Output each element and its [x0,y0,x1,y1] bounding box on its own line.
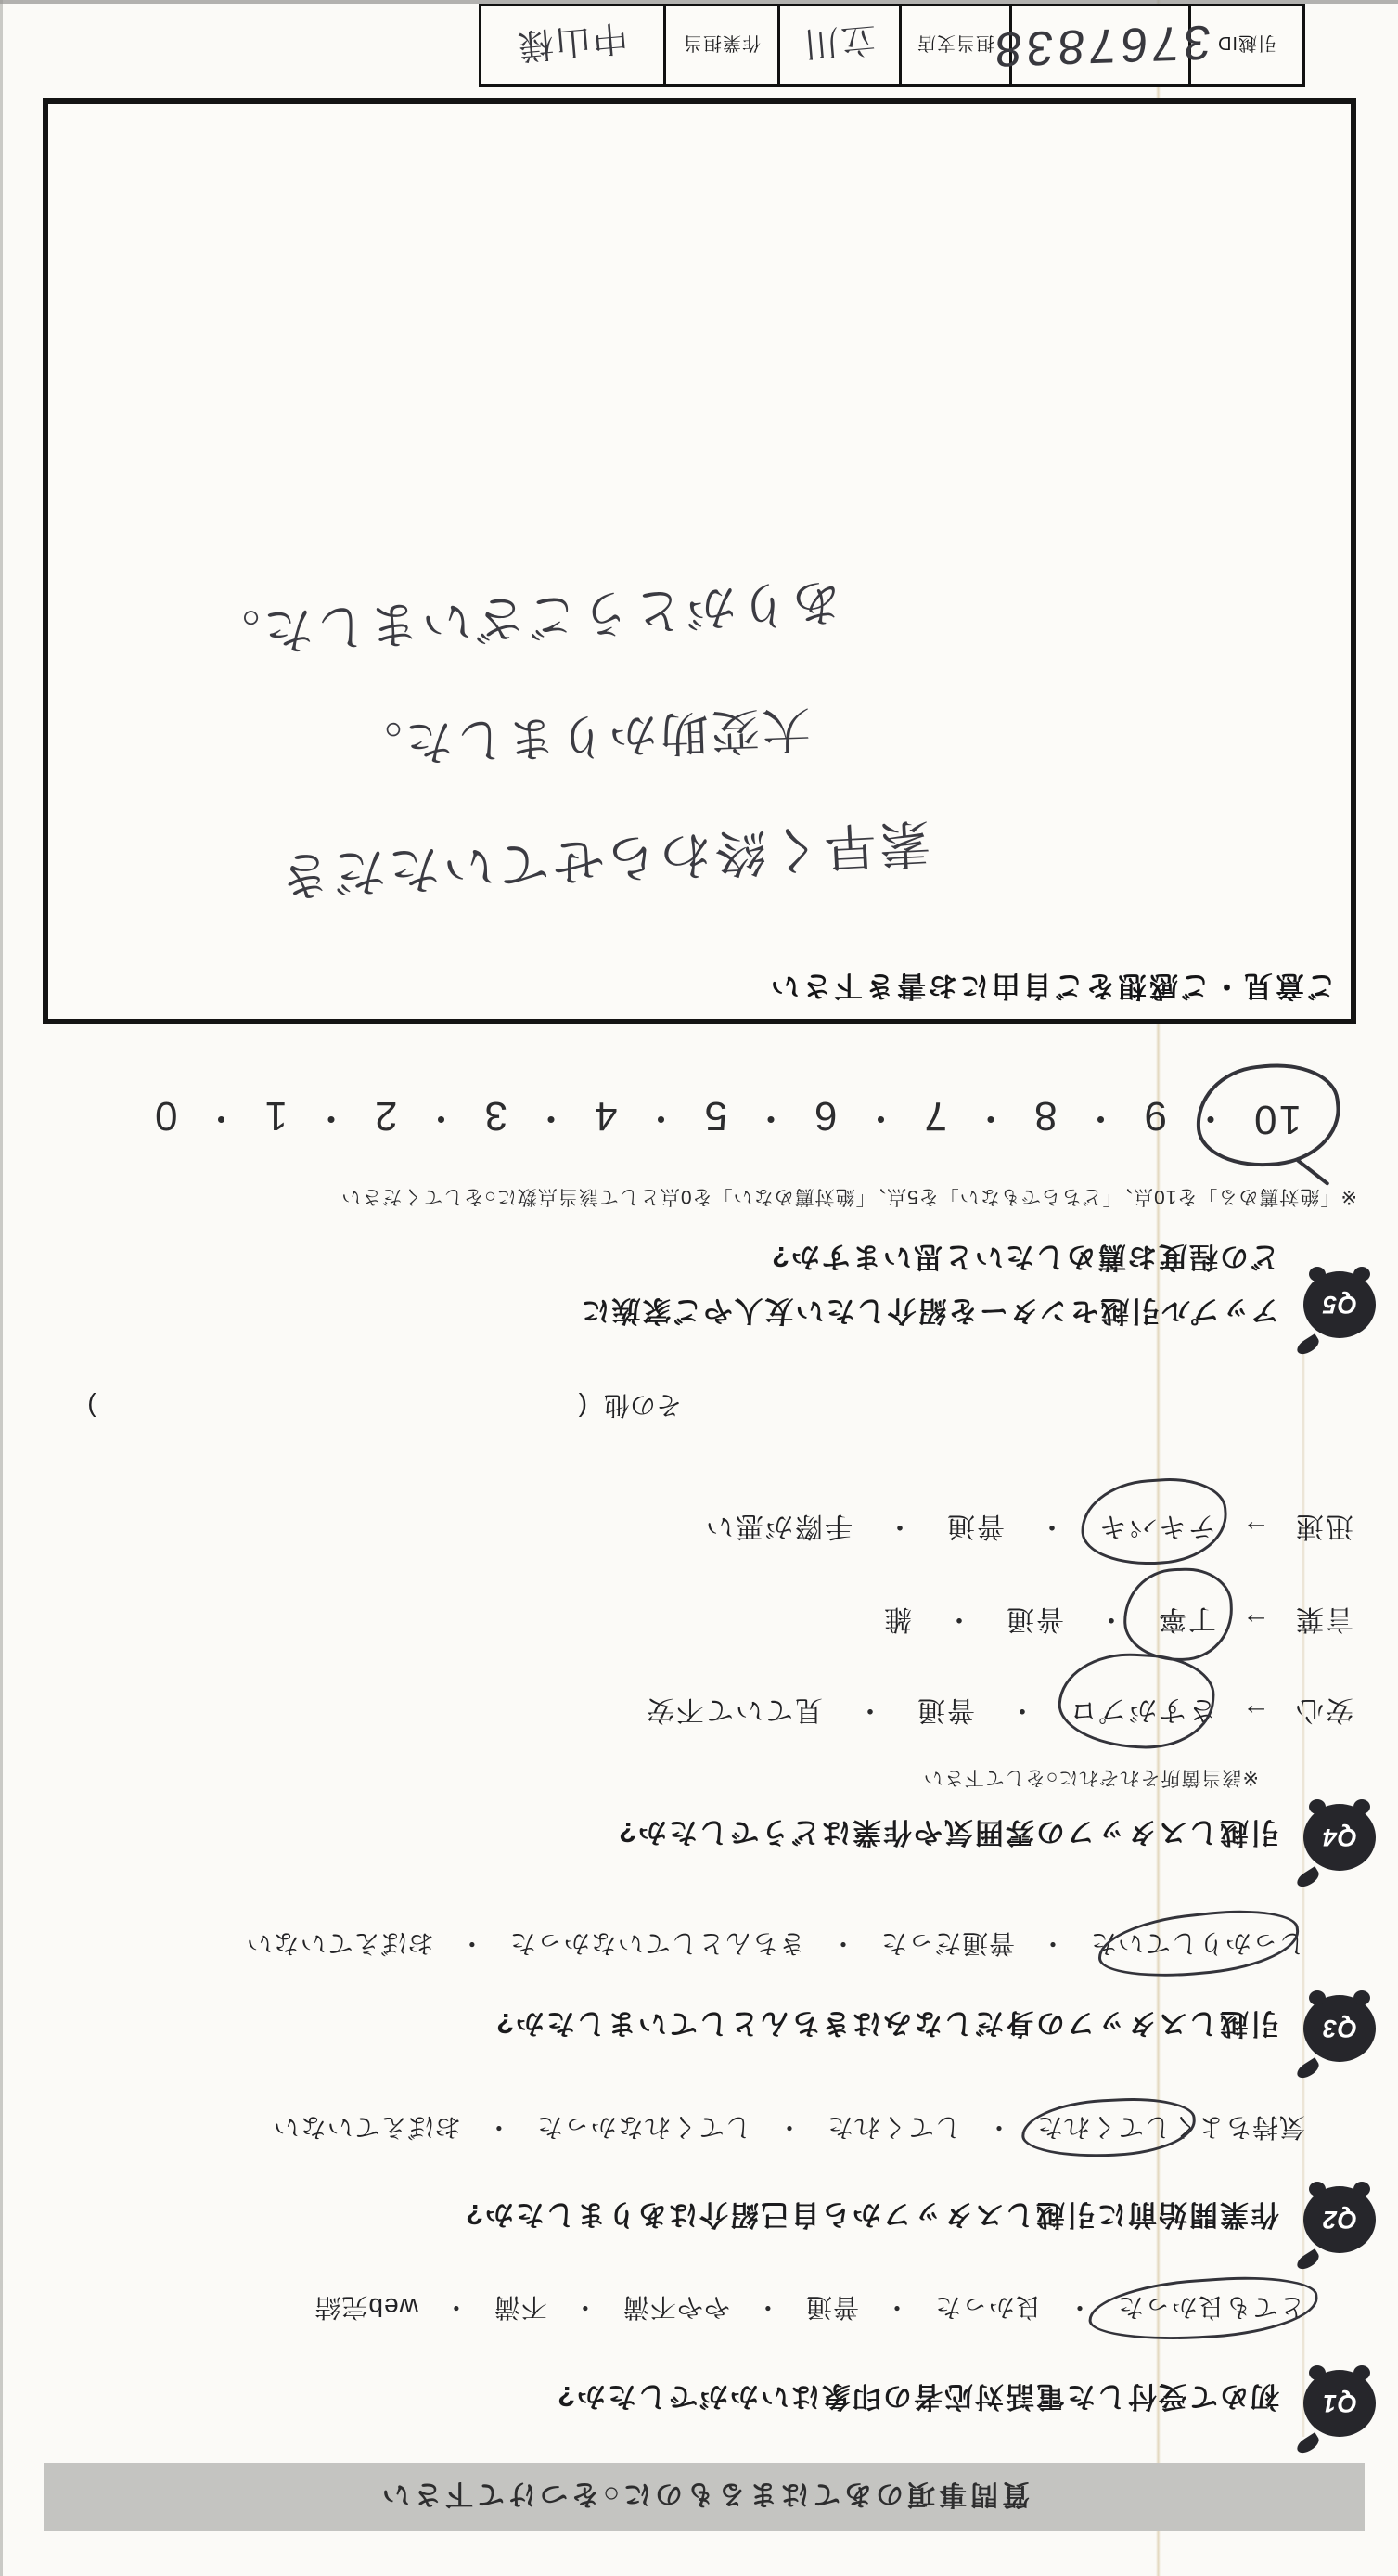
q4-row-option: 普通 [916,1693,1068,1733]
q2-option: してくれた [827,2110,1036,2147]
q3-option-selected: しっかりしていた [1090,1926,1305,1964]
q2-option-selected: 気持ちよくしてくれた [1036,2110,1305,2147]
scale-number: 1 [263,1092,374,1147]
scan-edge [0,0,3,2576]
sprout-icon [1294,1866,1321,1890]
q1-option: やや不満 [622,2290,805,2327]
q1-badge: Q1 [1303,2370,1376,2437]
sprout-icon [1294,2248,1321,2273]
q5-text-line1: アップル引越センターを紹介したい友人やご家族に [580,1293,1279,1334]
q1-option-selected: とても良かった [1117,2290,1305,2327]
scale-number: 5 [703,1092,814,1147]
scale-number: 4 [593,1092,703,1147]
open-paren: ( [579,1392,587,1422]
footer-cell-value: 立川 [777,6,899,84]
scale-number: 9 [1143,1092,1253,1147]
close-paren: ) [87,1392,96,1422]
q1-option: 普通 [805,2290,934,2327]
q4-row-label: 言葉 [1277,1602,1353,1642]
scale-number: 0 [153,1092,263,1147]
q1-option: web完結 [314,2290,493,2327]
q5-badge-label: Q5 [1322,1291,1357,1320]
footer-cell-label: 担当支店 [899,6,1009,84]
comment-box: ご意見・ご感想をご自由にお書き下さい 素早く終わらせていただき 大変助かりました… [43,98,1356,1024]
q4-row-kotoba: 言葉 → 丁寧 普通 雑 [882,1602,1353,1642]
right-arrow-icon: → [1240,1606,1270,1638]
q5-text-line2: どの程度お薦めしたいと思いますか? [770,1239,1279,1281]
q1-option: 良かった [934,2290,1117,2327]
scale-number: 7 [923,1092,1033,1147]
handwritten-comment-line: 大変助かりました。 [351,698,812,783]
q4-badge: Q4 [1303,1804,1376,1871]
sprout-icon [1294,1333,1321,1358]
q3-option: 普通だった [880,1926,1090,1964]
q4-text: 引越しスタッフの雰囲気や作業はどうでしたか? [617,1814,1279,1856]
sprout-icon [1294,2057,1321,2081]
q3-badge: Q3 [1303,1995,1376,2062]
q4-other-label: その他 [604,1388,682,1425]
q3-text: 引越しスタッフの身だしなみはきちんとしていましたか? [494,2005,1279,2047]
q2-text: 作業開始前に引越しスタッフから自己紹介はありましたか? [464,2196,1279,2238]
footer-id-table: 引越ID 3767838 担当支店 立川 作業担当 中山様 [479,4,1305,87]
q4-row-option: 普通 [945,1509,1097,1550]
q4-row-option: 雑 [882,1602,1005,1642]
q3-options: しっかりしていた 普通だった きちんとしていなかった おぼえていない [246,1926,1305,1964]
instruction-bar: 質問事項のあてはまるものに○をつけて下さい [44,2463,1365,2531]
handwritten-comment-line: ありがとうございました。 [206,569,843,674]
q4-row-option-selected: テキパキ [1097,1509,1216,1550]
q4-row-label: 迅速 [1277,1509,1353,1550]
q5-badge: Q5 [1303,1271,1376,1338]
q4-row-jinsoku: 迅速 → テキパキ 普通 手際が悪い [704,1509,1353,1550]
q5-score-scale: 10 9 8 7 6 5 4 3 2 1 0 [153,1092,1302,1147]
scale-number: 6 [813,1092,923,1147]
scale-number: 3 [483,1092,594,1147]
q2-option: おぼえていない [273,2110,536,2147]
q4-note: ※該当箇所それぞれに○をして下さい [923,1765,1259,1793]
q2-badge-label: Q2 [1322,2206,1357,2235]
footer-cell-value: 3767838 [1009,6,1188,84]
scale-number: 2 [373,1092,483,1147]
q4-row-option: 普通 [1005,1602,1157,1642]
scale-number-selected: 10 [1252,1097,1302,1143]
q4-row-option: 見ていて不安 [645,1693,916,1733]
q4-row-anshin: 安心 → さすがプロ 普通 見ていて不安 [645,1693,1353,1733]
right-arrow-icon: → [1240,1697,1270,1729]
scale-number: 8 [1032,1092,1143,1147]
q1-options: とても良かった 良かった 普通 やや不満 不満 web完結 [314,2290,1305,2327]
sprout-icon [1294,2432,1321,2456]
q4-row-option: 手際が悪い [704,1509,945,1550]
footer-cell-value: 中山様 [481,6,663,84]
q4-row-label: 安心 [1277,1693,1353,1733]
q3-option: おぼえていない [246,1926,509,1964]
q3-badge-label: Q3 [1322,2015,1357,2043]
handwritten-id-number: 3767838 [988,14,1212,77]
q4-badge-label: Q4 [1322,1823,1357,1852]
q5-note: ※「絶対薦める」を10点、「どちらでもない」を5点、「絶対薦めない」を0点として… [340,1184,1357,1212]
scanned-survey-sheet: 質問事項のあてはまるものに○をつけて下さい Q1 初めて受付した電話対応者の印象… [0,0,1398,2576]
handwritten-branch-name: 立川 [801,17,879,74]
q4-row-option-selected: 丁寧 [1157,1602,1216,1642]
right-arrow-icon: → [1240,1513,1270,1545]
q2-options: 気持ちよくしてくれた してくれた してくれなかった おぼえていない [273,2110,1305,2147]
q1-option: 不満 [494,2290,622,2327]
q4-other-row: その他 ( ) [87,1388,682,1425]
q2-option: してくれなかった [536,2110,827,2147]
handwritten-staff-name: 中山様 [515,15,630,75]
q1-text: 初めて受付した電話対応者の印象はいかがでしたか? [556,2378,1279,2420]
q1-badge-label: Q1 [1322,2389,1357,2418]
footer-cell-label: 作業担当 [663,6,777,84]
q2-badge: Q2 [1303,2186,1376,2253]
q3-option: きちんとしていなかった [509,1926,880,1964]
comment-box-label: ご意見・ご感想をご自由にお書き下さい [768,968,1336,1010]
handwritten-comment-line: 素早く終わらせていただき [275,809,933,918]
q4-row-option-selected: さすがプロ [1068,1693,1216,1733]
